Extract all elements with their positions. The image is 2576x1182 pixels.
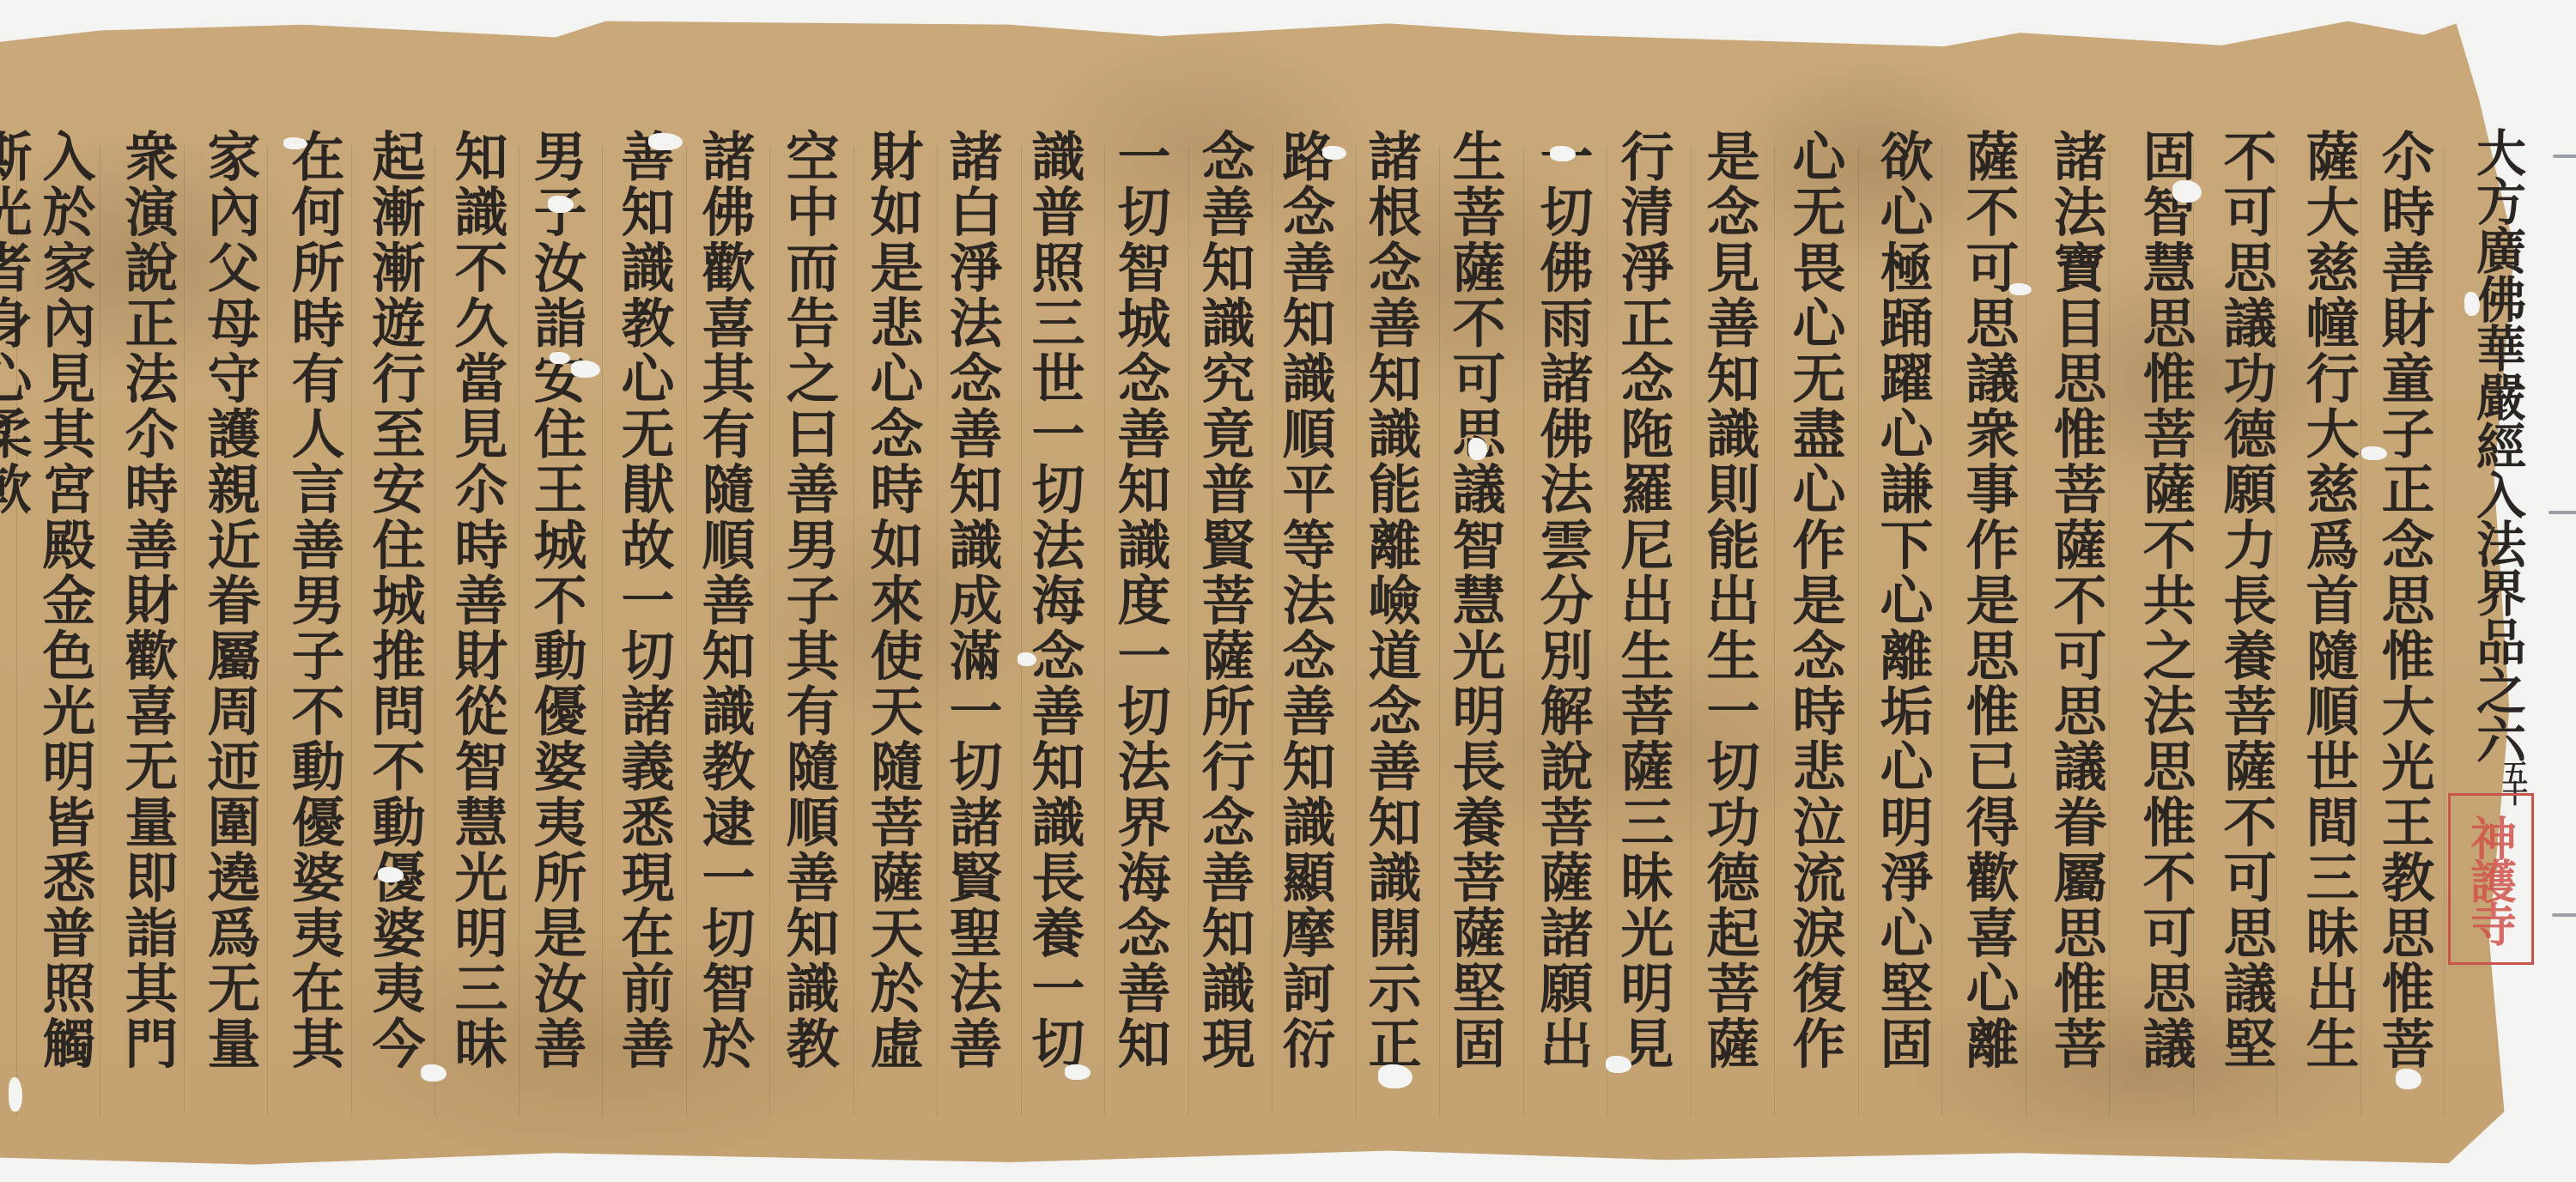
paper-hole <box>421 1064 447 1082</box>
text-column-11: 一切佛雨諸佛法雲分別解說菩薩諸願出 <box>1535 129 1589 1071</box>
paper-hole <box>648 133 683 150</box>
mounting-pin <box>2552 913 2576 917</box>
text-column-29: 入於家內見其宮殿金色光明皆悉普照觸 <box>38 129 91 1071</box>
paper-hole <box>9 1077 22 1112</box>
paper-hole <box>283 137 307 149</box>
column-rule-line <box>184 146 185 1116</box>
text-column-7: 欲心極踊躍心謙下心離垢心明淨心堅固 <box>1875 129 1929 1071</box>
column-rule-line <box>1607 146 1607 1116</box>
column-rule-line <box>1021 146 1022 1116</box>
text-column-6: 薩不可思議衆事作是思惟已得歡喜心離 <box>1961 129 2014 1071</box>
column-rule-line <box>1523 146 1524 1116</box>
paper-hole <box>550 352 570 364</box>
column-rule-line <box>351 146 352 1116</box>
text-column-25: 起漸漸遊行至安住城推問不動優婆夷今 <box>368 129 421 1071</box>
text-column-19: 財如是悲心念時如來使天隨菩薩天於虛 <box>866 129 919 1071</box>
column-rule-line <box>686 146 687 1116</box>
text-column-18: 諸白淨法念善知識成滿一切諸賢聖法善 <box>945 129 998 1071</box>
text-column-26: 在何所時有人言善男子不動優婆夷在其 <box>287 129 340 1071</box>
column-rule-line <box>519 146 519 1116</box>
paper-hole <box>1468 438 1487 460</box>
paper-hole <box>1065 1064 1091 1080</box>
column-rule-line <box>1272 146 1273 1116</box>
column-rule-line <box>1356 146 1357 1116</box>
text-column-13: 諸根念善知識能離嶮道念善知識開示正 <box>1364 129 1417 1071</box>
column-rule-line <box>1104 146 1105 1116</box>
paper-hole <box>1322 146 1346 160</box>
text-column-22: 善知識教心无猒故一切諸義悉現在前善 <box>617 129 670 1071</box>
seal-text: 神護寺 <box>2458 815 2524 943</box>
text-column-2: 薩大慈幢行大慈爲首隨順世間三昧出生 <box>2301 129 2354 1071</box>
mounting-pin <box>2549 511 2576 514</box>
text-column-12: 生菩薩不可思議智慧光明長養菩薩堅固 <box>1448 129 1501 1071</box>
text-column-1: 尒時善財童子正念思惟大光王教思惟菩 <box>2377 129 2430 1071</box>
column-rule-line <box>1941 146 1942 1116</box>
paper-hole <box>2009 283 2032 295</box>
column-rule-line <box>1439 146 1440 1116</box>
paper-hole <box>2396 1069 2421 1089</box>
paper-hole <box>2361 446 2387 460</box>
column-rule-line <box>267 146 268 1116</box>
column-rule-line <box>2444 146 2445 1116</box>
paper-hole <box>2464 292 2480 316</box>
text-column-10: 行清淨正念陁羅尼出生菩薩三昧光明見 <box>1616 129 1669 1071</box>
paper-hole <box>571 361 600 378</box>
text-column-17: 識普照三世一切法海念善知識長養一切 <box>1027 129 1080 1071</box>
text-column-20: 空中而告之曰善男子其有隨順善知識教 <box>781 129 835 1071</box>
column-rule-line <box>1774 146 1775 1116</box>
paper-hole <box>1606 1056 1631 1073</box>
column-rule-line <box>434 146 435 1116</box>
text-column-5: 諸法寶目思惟菩薩不可思議眷屬思惟菩 <box>2049 129 2102 1071</box>
text-column-15: 念善知識究竟普賢菩薩所行念善知識現 <box>1197 129 1250 1071</box>
column-rule-line <box>602 146 603 1116</box>
column-rule-line <box>1858 146 1859 1116</box>
paper-hole <box>2172 180 2202 203</box>
text-column-23: 男子汝詣安住王城不動優婆夷所是汝善 <box>529 129 582 1071</box>
column-rule-line <box>100 146 100 1116</box>
text-column-8: 心无畏心无盡心作是念時悲泣流淚復作 <box>1788 129 1841 1071</box>
paper-hole <box>1378 1064 1413 1088</box>
column-rule-line <box>937 146 938 1116</box>
text-column-16: 一切智城念善知識度一切法界海念善知 <box>1113 129 1166 1071</box>
column-rule-line <box>769 146 770 1116</box>
column-rule-line <box>1188 146 1189 1116</box>
paper-hole <box>548 196 574 213</box>
mounting-pin <box>2553 155 2576 158</box>
column-rule-line <box>2360 146 2361 1116</box>
sutra-title: 大方廣佛華嚴經入法界品之六 <box>2461 127 2533 763</box>
column-rule-line <box>854 146 854 1116</box>
paper-hole <box>1550 146 1576 161</box>
temple-seal-stamp: 神護寺 <box>2448 793 2534 965</box>
text-column-24: 知識不久當見尒時善財從智慧光明三昧 <box>450 129 503 1071</box>
text-column-28: 衆演說正法尒時善財歡喜无量即詣其門 <box>120 129 173 1071</box>
column-rule-line <box>2109 146 2110 1116</box>
paper-hole <box>378 867 404 882</box>
text-column-27: 家內父母守護親近眷屬周迊圍遶爲无量 <box>203 129 256 1071</box>
text-column-21: 諸佛歡喜其有隨順善知識教逮一切智於 <box>697 129 750 1071</box>
text-column-14: 路念善知識順平等法念善知識顯摩訶衍 <box>1278 129 1331 1071</box>
text-column-4: 固智慧思惟菩薩不共之法思惟不可思議 <box>2138 129 2191 1071</box>
text-column-9: 是念見善知識則能出生一切功德起菩薩 <box>1702 129 1755 1071</box>
column-rule-line <box>1691 146 1692 1116</box>
text-column-3: 不可思議功德願力長養菩薩不可思議堅 <box>2219 129 2272 1071</box>
paper-hole <box>1018 652 1036 666</box>
text-column-30-partial: 斯光者身心柔軟 <box>0 129 27 517</box>
